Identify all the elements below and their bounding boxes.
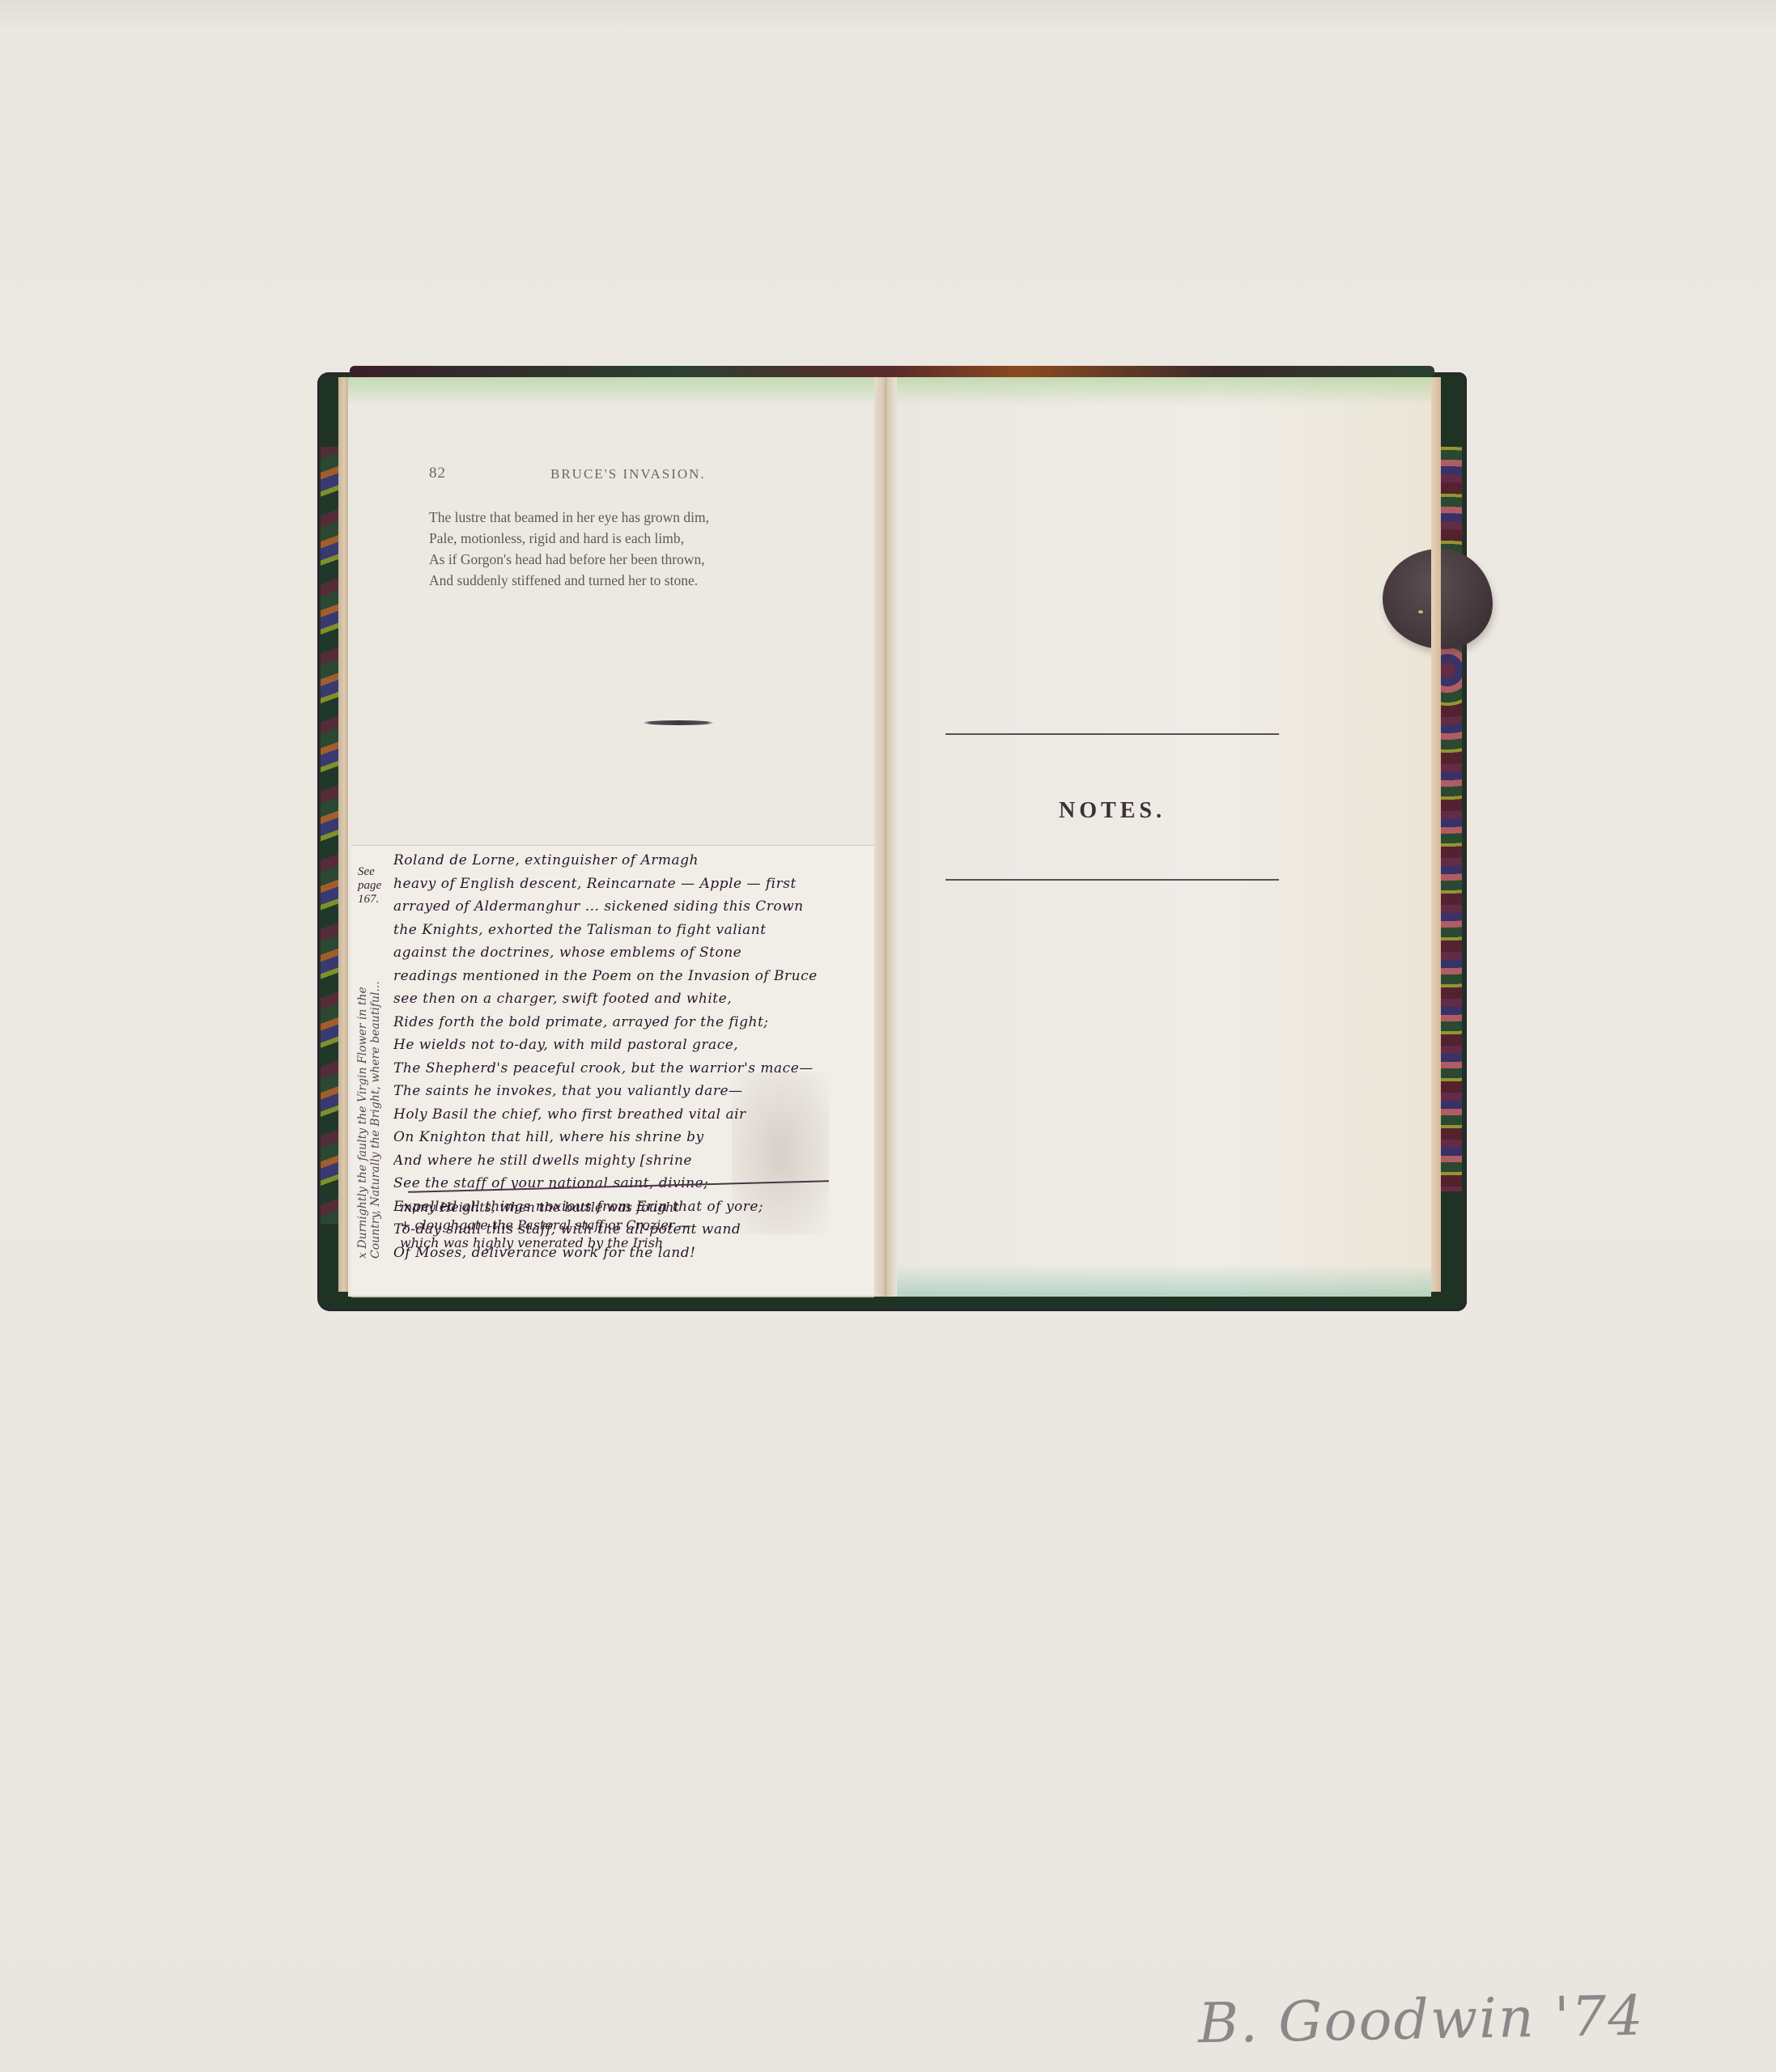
handwritten-line: the Knights, exhorted the Talisman to fi… xyxy=(393,919,863,942)
handwritten-line: The saints he invokes, that you valiantl… xyxy=(393,1080,863,1103)
manuscript-footnote: many Heights, when the battle was fought… xyxy=(400,1199,837,1252)
handwritten-line: against the doctrines, whose emblems of … xyxy=(393,941,863,965)
poem-line: And suddenly stiffened and turned her to… xyxy=(429,570,850,591)
margin-note: See page 167. xyxy=(358,865,390,906)
notes-heading: NOTES. xyxy=(945,798,1279,824)
handwritten-line: He wields not to-day, with mild pastoral… xyxy=(393,1034,863,1057)
cover-top-edge xyxy=(350,366,1434,377)
poem-line: The lustre that beamed in her eye has gr… xyxy=(429,507,850,528)
handwritten-line: The Shepherd's peaceful crook, but the w… xyxy=(393,1057,863,1081)
poem-stanza: The lustre that beamed in her eye has gr… xyxy=(429,507,850,591)
handwritten-line: readings mentioned in the Poem on the In… xyxy=(393,965,863,988)
handwritten-line: On Knighton that hill, where his shrine … xyxy=(393,1126,863,1149)
manuscript-insert: See page 167. x Durnightly the faulty th… xyxy=(351,845,874,1296)
artist-signature: B. Goodwin '74 xyxy=(1197,1984,1684,2056)
handwritten-line: And where he still dwells mighty [shrine xyxy=(393,1149,863,1173)
handwritten-line: arrayed of Aldermanghur ... sickened sid… xyxy=(393,895,863,919)
poem-line: As if Gorgon's head had before her been … xyxy=(429,549,850,570)
right-page: NOTES. xyxy=(897,377,1431,1297)
rule-top xyxy=(945,733,1279,735)
page-number: 82 xyxy=(429,465,446,482)
vertical-margin-note: x Durnightly the faulty the Virgin Flowe… xyxy=(356,967,377,1259)
handwritten-line: Rides forth the bold primate, arrayed fo… xyxy=(393,1011,863,1034)
fleuron-ornament-icon xyxy=(643,720,714,725)
poem-line: Pale, motionless, rigid and hard is each… xyxy=(429,528,850,549)
running-head-title: BRUCE'S INVASION. xyxy=(550,466,706,482)
handwritten-line: see then on a charger, swift footed and … xyxy=(393,987,863,1011)
handwritten-line: Holy Basil the chief, who first breathed… xyxy=(393,1103,863,1127)
handwritten-line: heavy of English descent, Reincarnate — … xyxy=(393,873,863,896)
footnote-line: + cloughgate the Pastoral staff or Crozi… xyxy=(400,1216,837,1234)
open-book: 82 BRUCE'S INVASION. The lustre that bea… xyxy=(317,366,1467,1313)
page-stack-right xyxy=(1431,377,1441,1292)
footnote-line: many Heights, when the battle was fought xyxy=(400,1199,837,1216)
handwritten-line: Roland de Lorne, extinguisher of Armagh xyxy=(393,849,863,873)
book-gutter xyxy=(874,377,897,1297)
handwritten-line: See the staff of your national saint, di… xyxy=(393,1172,863,1195)
footnote-line: which was highly venerated by the Irish xyxy=(400,1234,837,1252)
rule-bottom xyxy=(945,879,1279,881)
